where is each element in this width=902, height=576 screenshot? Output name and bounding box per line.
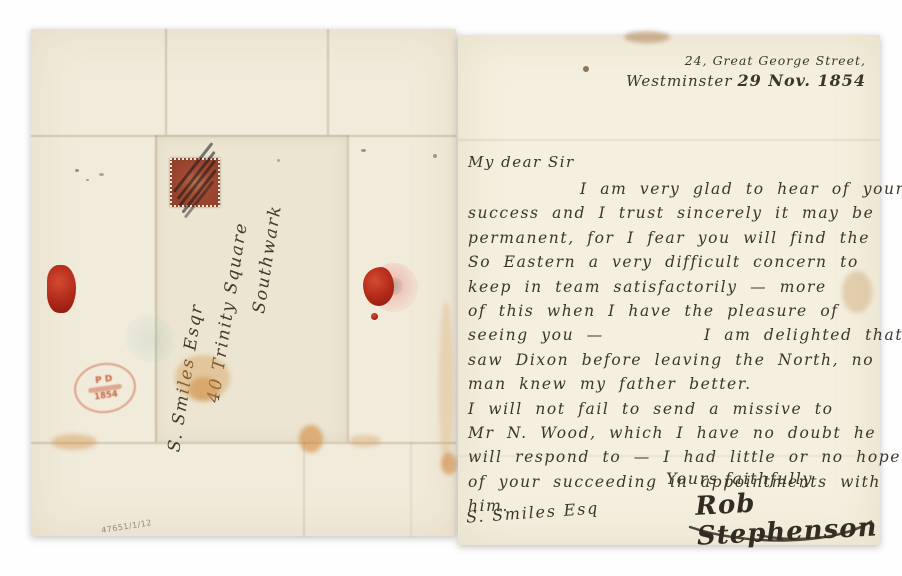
- letter-body-line: of this when I have the pleasure of: [468, 299, 874, 323]
- letter-body-line: keep in team satisfactorily — more: [468, 275, 874, 299]
- ink-speck: [361, 149, 366, 152]
- letter-body-line: permanent, for I fear you will find the: [468, 226, 874, 250]
- wax-seal-droplet: [371, 313, 378, 320]
- stain-dot: [583, 66, 589, 72]
- fold-line-vertical-midright: [347, 135, 349, 442]
- letterhead-street: 24, Great George Street,: [626, 53, 866, 68]
- ink-speck: [75, 169, 79, 172]
- letter-body-line: I am very glad to hear of your: [468, 177, 874, 201]
- fold-line-letter-top: [458, 139, 880, 141]
- fold-line-vertical-bottom-2: [410, 442, 412, 536]
- ink-speck: [433, 154, 437, 158]
- postmark-top-text: P D: [95, 374, 113, 385]
- catalog-number: 47651/1/12: [101, 518, 153, 535]
- letter-body-line: man knew my father better.: [468, 372, 874, 396]
- ink-speck: [99, 173, 104, 176]
- closing: Yours faithfully: [666, 469, 813, 488]
- letter-body-line: I will not fail to send a missive to: [468, 397, 874, 421]
- signature-flourish: [686, 517, 876, 547]
- fold-line-vertical-topleft: [165, 29, 167, 135]
- postmark-year-text: 1854: [94, 390, 119, 402]
- letterhead-place: Westminster: [626, 72, 732, 90]
- letter-body-line: So Eastern a very difficult concern to: [468, 250, 874, 274]
- foxing-stain: [349, 435, 381, 447]
- ink-speck: [86, 179, 89, 181]
- salutation: My dear Sir: [468, 153, 575, 171]
- letter-body-line: seeing you — I am delighted that you: [468, 323, 874, 347]
- letterhead: 24, Great George Street, Westminster 29 …: [626, 53, 866, 90]
- fold-line-vertical-midleft: [155, 135, 157, 442]
- fold-line-horizontal-top: [31, 135, 456, 137]
- photo-background: S. Smiles Esqr 40 Trinity Square Southwa…: [0, 0, 902, 576]
- fold-line-vertical-topright: [327, 29, 329, 135]
- letter-body-line: Mr N. Wood, which I have no doubt he: [468, 421, 874, 445]
- letterhead-date: 29 Nov. 1854: [738, 71, 867, 90]
- letter-page: 24, Great George Street, Westminster 29 …: [458, 35, 880, 545]
- ink-speck: [277, 159, 280, 162]
- wax-seal-left-edge: [47, 265, 76, 313]
- letter-body-line: will respond to — I had little or no hop…: [468, 445, 874, 469]
- foxing-stain-right-edge: [439, 301, 453, 471]
- fold-line-vertical-bottom: [303, 442, 305, 536]
- address-block: S. Smiles Esqr 40 Trinity Square Southwa…: [159, 163, 296, 464]
- letter-body-line: success and I trust sincerely it may be: [468, 201, 874, 225]
- foxing-stain: [441, 453, 457, 475]
- letter-body: I am very glad to hear of your success a…: [468, 177, 874, 519]
- paid-postmark: P D 1854: [71, 359, 139, 417]
- letter-body-line: saw Dixon before leaving the North, no: [468, 348, 874, 372]
- wax-seal-center: [363, 267, 394, 306]
- stain-top-edge: [624, 31, 670, 43]
- folded-address-leaf: S. Smiles Esqr 40 Trinity Square Southwa…: [31, 29, 456, 536]
